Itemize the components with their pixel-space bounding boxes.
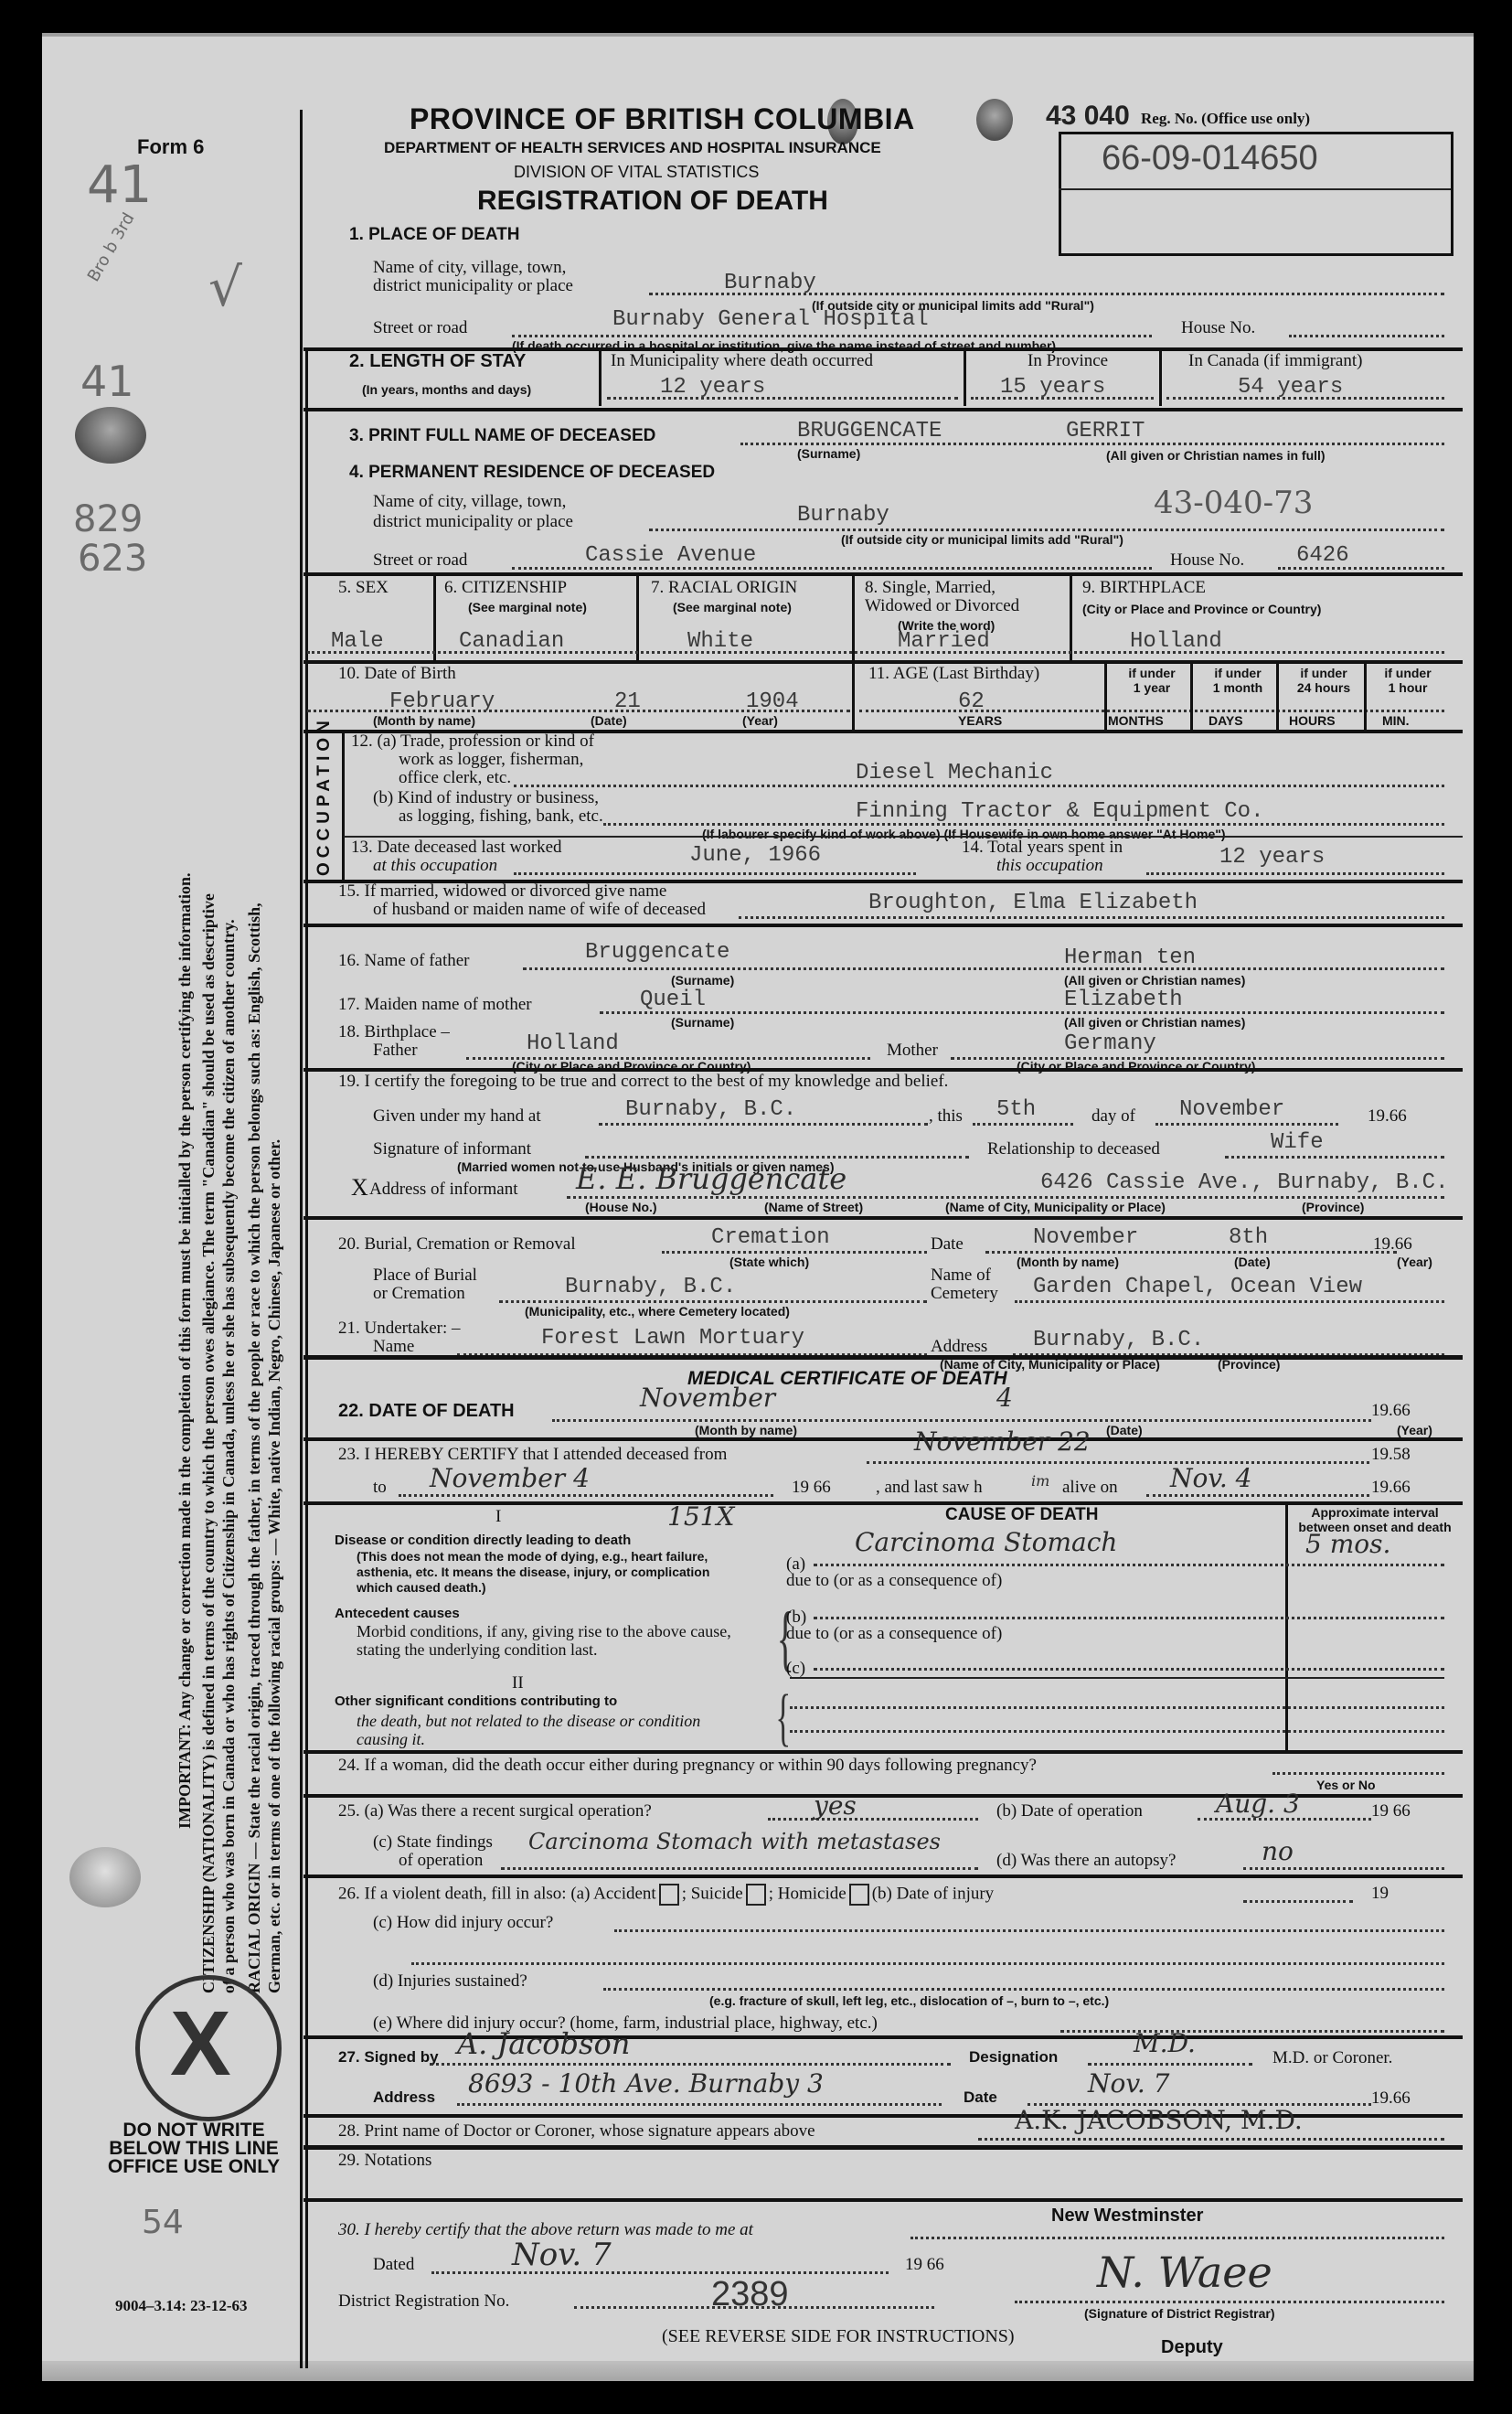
- paper-bottom-edge: [42, 2361, 1474, 2381]
- column-header: In Canada (if immigrant): [1188, 351, 1362, 371]
- field-line: [1146, 872, 1444, 875]
- how-injury-field[interactable]: [614, 1929, 1444, 1932]
- death-city-field[interactable]: Burnaby: [724, 271, 816, 295]
- divider: [433, 574, 436, 662]
- field-line: [431, 2271, 889, 2274]
- disposition-month-field[interactable]: November: [1033, 1225, 1138, 1250]
- print-name-field[interactable]: A.K. JACOBSON, M.D.: [1015, 2105, 1303, 2135]
- signed-by-label: 27. Signed by: [338, 2048, 439, 2067]
- punch-hole-icon: [69, 1847, 141, 1907]
- city-label: Name of city, village, town,: [373, 492, 566, 512]
- other-condition-field-1[interactable]: [790, 1706, 1444, 1709]
- stay-municipality-field[interactable]: 12 years: [660, 375, 765, 400]
- cemetery-label: Name of: [931, 1266, 991, 1286]
- father-given-field[interactable]: Herman ten: [1064, 945, 1196, 970]
- spouse-label: 15. If married, widowed or divorced give…: [338, 881, 666, 902]
- form-left-border: [300, 110, 303, 2368]
- field-note: YEARS: [958, 713, 1002, 728]
- informant-certification: 19. I certify the foregoing to be true a…: [338, 1072, 948, 1092]
- under-1-hour-header: if under1 hour: [1371, 666, 1444, 695]
- field-line: [1088, 2063, 1252, 2066]
- field-note: (Surname): [671, 1015, 734, 1030]
- divider: [303, 1501, 1463, 1505]
- field-note: (Signature of District Registrar): [1084, 2306, 1274, 2321]
- field-line: [1155, 1123, 1338, 1126]
- dod-year-field[interactable]: 19.66: [1371, 1401, 1411, 1421]
- hours-field[interactable]: HOURS: [1289, 713, 1336, 728]
- dob-year-field[interactable]: 1904: [746, 689, 799, 714]
- attended-to-field[interactable]: November 4: [430, 1463, 590, 1493]
- mother-surname-field[interactable]: Queil: [640, 988, 706, 1012]
- alive-on-year-field[interactable]: 19.66: [1371, 1478, 1411, 1498]
- signature-label: Signature of informant: [373, 1139, 531, 1159]
- physician-address-field[interactable]: 8693 - 10th Ave. Burnaby 3: [468, 2068, 824, 2099]
- deputy-stamp: Deputy: [1161, 2337, 1223, 2358]
- informant-address-label: Address of informant: [369, 1180, 518, 1200]
- x-stamp-icon: X: [170, 1992, 231, 2097]
- city-label: district municipality or place: [373, 276, 573, 296]
- injuries-label: (d) Injuries sustained?: [373, 1971, 527, 1992]
- total-years-field[interactable]: 12 years: [1219, 845, 1325, 870]
- x-mark-icon: X: [351, 1174, 368, 1202]
- district-reg-label: District Registration No.: [338, 2291, 509, 2312]
- city-label: Name of city, village, town,: [373, 258, 566, 278]
- cause-b-field[interactable]: [814, 1617, 1444, 1619]
- field-line: [867, 1461, 1369, 1464]
- divider: [303, 2145, 1463, 2150]
- field-line: [600, 1011, 1444, 1014]
- field-note: (All given or Christian names): [1064, 1015, 1245, 1030]
- findings-field[interactable]: Carcinoma Stomach with metastases: [528, 1829, 941, 1854]
- field-line: [1015, 1300, 1444, 1303]
- under-1-year-header: if under1 year: [1115, 666, 1188, 695]
- residence-heading: 4. PERMANENT RESIDENCE OF DECEASED: [349, 463, 715, 483]
- other-condition-field-2[interactable]: [790, 1730, 1444, 1733]
- designation-field[interactable]: M.D.: [1134, 2028, 1196, 2058]
- injuries-field[interactable]: [603, 1988, 1444, 1991]
- relationship-field[interactable]: Wife: [1271, 1130, 1324, 1155]
- mother-given-field[interactable]: Elizabeth: [1064, 988, 1183, 1012]
- racial-origin-label: 7. RACIAL ORIGIN: [651, 578, 797, 598]
- division-name: DIVISION OF VITAL STATISTICS: [514, 163, 759, 182]
- attended-from-year-field[interactable]: 19.58: [1371, 1445, 1411, 1465]
- pencil-checkmark: √: [208, 256, 242, 318]
- reverse-side-note: (SEE REVERSE SIDE FOR INSTRUCTIONS): [662, 2326, 1015, 2347]
- disposition-label: 20. Burial, Cremation or Removal: [338, 1234, 576, 1255]
- field-note: (Month by name): [695, 1423, 797, 1437]
- under-24-hours-header: if under24 hours: [1285, 666, 1362, 695]
- marital-label: Widowed or Divorced: [865, 596, 1019, 616]
- relationship-label: Relationship to deceased: [987, 1139, 1160, 1159]
- dod-day-field[interactable]: 4: [996, 1383, 1013, 1413]
- spouse-name-field[interactable]: Broughton, Elma Elizabeth: [868, 891, 1198, 915]
- cause-a-field[interactable]: Carcinoma Stomach: [855, 1527, 1117, 1557]
- dated-label: Dated: [373, 2255, 414, 2275]
- deceased-given-names-field[interactable]: GERRIT: [1066, 419, 1145, 443]
- undertaker-address-field[interactable]: Burnaby, B.C.: [1033, 1328, 1204, 1352]
- findings-label: (c) State findings: [373, 1832, 493, 1853]
- field-note: (In years, months and days): [362, 382, 531, 397]
- op-date-label: (b) Date of operation: [996, 1801, 1143, 1821]
- field-line: [739, 916, 1444, 919]
- department-name: DEPARTMENT OF HEALTH SERVICES AND HOSPIT…: [384, 139, 881, 157]
- field-line: [985, 1251, 1397, 1254]
- city-label: district municipality or place: [373, 512, 573, 532]
- age-years-field[interactable]: 62: [958, 689, 985, 714]
- field-line: [457, 2103, 942, 2106]
- undertaker-address-label: Address: [931, 1337, 987, 1357]
- given-at-label: Given under my hand at: [373, 1106, 541, 1127]
- field-note: (Province): [1302, 1200, 1364, 1214]
- divider: [1070, 574, 1072, 662]
- field-note: (Surname): [797, 446, 860, 461]
- field-line: [814, 1564, 1444, 1566]
- months-field[interactable]: MONTHS: [1108, 713, 1164, 728]
- field-line: [1015, 2301, 1444, 2303]
- house-label: House No.: [1170, 550, 1244, 571]
- interval-a-field[interactable]: 5 mos.: [1305, 1529, 1390, 1559]
- death-house-field[interactable]: [1289, 335, 1444, 337]
- homicide-checkbox[interactable]: [849, 1884, 869, 1906]
- field-line: [649, 529, 1444, 531]
- surgery-label: 25. (a) Was there a recent surgical oper…: [338, 1801, 652, 1821]
- other-conditions-label: Other significant conditions contributin…: [335, 1693, 617, 1709]
- trade-field[interactable]: Diesel Mechanic: [856, 761, 1053, 785]
- injury-year-field[interactable]: 19: [1371, 1884, 1389, 1904]
- field-note: (House No.): [585, 1200, 657, 1214]
- field-line: [859, 710, 1444, 712]
- field-line: [1243, 1867, 1444, 1870]
- divider: [1159, 349, 1162, 406]
- field-line: [567, 1196, 1444, 1199]
- total-years-label: this occupation: [996, 856, 1103, 876]
- disposition-day-field[interactable]: 8th: [1229, 1225, 1268, 1250]
- dob-day-field[interactable]: 21: [614, 689, 641, 714]
- field-note: (Date): [591, 713, 627, 728]
- sex-label: 5. SEX: [338, 578, 389, 598]
- burial-place-label: Place of Burial: [373, 1266, 477, 1286]
- birthplace-field[interactable]: Holland: [1130, 629, 1222, 654]
- how-injury-field-2[interactable]: [411, 1962, 1444, 1965]
- divider: [303, 1875, 1463, 1878]
- field-note: (All given or Christian names): [1064, 973, 1245, 988]
- industry-label: (b) Kind of industry or business,: [373, 788, 599, 808]
- field-line: [399, 1494, 773, 1497]
- physician-address-label: Address: [373, 2088, 435, 2107]
- dated-field[interactable]: Nov. 7: [512, 2237, 612, 2273]
- divider: [303, 1216, 1463, 1220]
- signed-date-label: Date: [964, 2088, 997, 2107]
- divider: [790, 1677, 1444, 1679]
- spouse-label: of husband or maiden name of wife of dec…: [373, 900, 706, 920]
- print-name-label: 28. Print name of Doctor or Coroner, who…: [338, 2121, 815, 2142]
- physician-signature[interactable]: A. Jacobson: [457, 2026, 630, 2061]
- industry-field[interactable]: Finning Tractor & Equipment Co.: [856, 799, 1263, 824]
- residence-city-field[interactable]: Burnaby: [797, 503, 889, 528]
- mother-birthplace-field[interactable]: Germany: [1064, 1031, 1156, 1056]
- sex-field[interactable]: Male: [331, 629, 384, 654]
- divider: [1276, 662, 1279, 730]
- field-note: (Month by name): [1017, 1255, 1119, 1269]
- md-coroner-label: M.D. or Coroner.: [1272, 2048, 1392, 2068]
- divider: [342, 732, 345, 880]
- racial-origin-field[interactable]: White: [687, 629, 753, 654]
- divider: [599, 349, 602, 406]
- length-of-stay-heading: 2. LENGTH OF STAY: [349, 351, 526, 372]
- due-to-label: due to (or as a consequence of): [786, 1624, 1002, 1644]
- field-note: (Month by name): [373, 713, 475, 728]
- field-note: (Date): [1106, 1423, 1143, 1437]
- return-place-field[interactable]: New Westminster: [1051, 2206, 1203, 2227]
- surgery-field[interactable]: yes: [814, 1790, 857, 1821]
- autopsy-field[interactable]: no: [1262, 1836, 1294, 1866]
- cause-code-handwritten: 151X: [667, 1501, 734, 1532]
- last-worked-label: at this occupation: [373, 856, 497, 876]
- page-title: REGISTRATION OF DEATH: [477, 186, 828, 217]
- divider: [964, 349, 966, 406]
- month-field[interactable]: November: [1179, 1097, 1284, 1122]
- part-ii-label: II: [512, 1673, 524, 1693]
- under-1-month-header: if under1 month: [1201, 666, 1274, 695]
- attended-from-field[interactable]: November 22: [914, 1426, 1091, 1457]
- pencil-note: 41: [87, 155, 152, 215]
- marital-label: 8. Single, Married,: [865, 578, 996, 598]
- age-label: 11. AGE (Last Birthday): [868, 664, 1039, 684]
- mother-birthplace-label: Mother: [887, 1041, 938, 1061]
- other-conditions-note: the death, but not related to the diseas…: [357, 1712, 740, 1748]
- op-date-field[interactable]: Aug. 3: [1216, 1789, 1300, 1819]
- dob-label: 10. Date of Birth: [338, 664, 456, 684]
- accident-checkbox[interactable]: [659, 1884, 679, 1906]
- field-line: [599, 1123, 928, 1126]
- part-i-label: I: [495, 1507, 501, 1527]
- punch-hole-icon: [976, 99, 1013, 141]
- field-line: [552, 1419, 1371, 1422]
- field-note: (All given or Christian names in full): [1106, 448, 1326, 463]
- autopsy-label: (d) Was there an autopsy?: [996, 1851, 1177, 1871]
- antecedent-note: Morbid conditions, if any, giving rise t…: [357, 1622, 740, 1659]
- due-to-label: due to (or as a consequence of): [786, 1571, 1002, 1591]
- direct-cause-label: Disease or condition directly leading to…: [335, 1533, 631, 1548]
- divider: [303, 2198, 1463, 2202]
- divider: [1364, 662, 1367, 730]
- house-label: House No.: [1181, 318, 1255, 338]
- divider: [1190, 662, 1193, 730]
- marginal-note-racial-2: German, etc. or in terms of one of the f…: [265, 1139, 284, 1993]
- field-line: [430, 2063, 951, 2066]
- given-at-field[interactable]: Burnaby, B.C.: [625, 1097, 796, 1122]
- cause-c-field[interactable]: [814, 1668, 1444, 1671]
- him-field[interactable]: im: [1031, 1472, 1049, 1490]
- residence-house-field[interactable]: 6426: [1296, 543, 1349, 568]
- field-note: (Date): [1234, 1255, 1271, 1269]
- burial-place-label: or Cremation: [373, 1284, 465, 1304]
- marginal-note-racial-1: RACIAL ORIGIN — State the racial origin,…: [245, 903, 264, 1993]
- alive-on-label: alive on: [1062, 1478, 1118, 1498]
- marital-status-field[interactable]: Married: [898, 629, 990, 654]
- divider: [636, 574, 639, 662]
- marginal-note-citizenship-1: CITIZENSHIP (NATIONALITY) is defined in …: [199, 893, 218, 1993]
- trade-label: office clerk, etc.: [399, 768, 511, 788]
- field-note: (Year): [1397, 1423, 1432, 1437]
- disposition-date-label: Date: [931, 1234, 964, 1255]
- divider: [303, 408, 1463, 411]
- reg-no-label: Reg. No. (Office use only): [1141, 110, 1310, 128]
- where-injury-field[interactable]: [1060, 2030, 1444, 2033]
- punch-hole-icon: [75, 407, 146, 464]
- days-field[interactable]: DAYS: [1209, 713, 1243, 728]
- field-note: (Municipality, etc., where Cemetery loca…: [525, 1304, 790, 1319]
- this-label: , this: [929, 1106, 963, 1127]
- province-title: PROVINCE OF BRITISH COLUMBIA: [410, 102, 915, 136]
- disposition-year-field[interactable]: 19.66: [1373, 1234, 1412, 1255]
- field-note: (See marginal note): [468, 600, 587, 614]
- marginal-note-important: IMPORTANT: Any change or correction made…: [176, 873, 195, 1829]
- date-of-death-label: 22. DATE OF DEATH: [338, 1401, 515, 1422]
- parent-birthplace-label: 18. Birthplace –: [338, 1022, 450, 1042]
- minutes-field[interactable]: MIN.: [1382, 713, 1410, 728]
- field-note: Yes or No: [1316, 1778, 1376, 1792]
- attendance-label: 23. I HEREBY CERTIFY that I attended dec…: [338, 1445, 727, 1465]
- father-birthplace-label: Father: [373, 1041, 418, 1061]
- field-line: [978, 2138, 1444, 2141]
- year-field[interactable]: 19.66: [1368, 1106, 1407, 1127]
- office-use-notice: DO NOT WRITE BELOW THIS LINE OFFICE USE …: [102, 2121, 285, 2176]
- father-surname-field[interactable]: Bruggencate: [585, 940, 729, 965]
- suicide-checkbox[interactable]: [746, 1884, 766, 1906]
- pregnancy-field[interactable]: [1272, 1772, 1444, 1775]
- pregnancy-label: 24. If a woman, did the death occur eith…: [338, 1756, 1037, 1776]
- citizenship-field[interactable]: Canadian: [459, 629, 564, 654]
- total-years-label: 14. Total years spent in: [962, 838, 1123, 858]
- informant-address-field[interactable]: 6426 Cassie Ave., Burnaby, B.C.: [1040, 1170, 1448, 1195]
- burial-place-field[interactable]: Burnaby, B.C.: [565, 1275, 736, 1299]
- marginal-note-citizenship-2: of a person who was born in Canada or wh…: [219, 919, 239, 1993]
- findings-label: of operation: [399, 1851, 483, 1871]
- undertaker-label: 21. Undertaker: –: [338, 1319, 460, 1339]
- industry-label: as logging, fishing, bank, etc.: [399, 806, 603, 827]
- signed-date-field[interactable]: Nov. 7: [1088, 2068, 1169, 2099]
- place-of-death-heading: 1. PLACE OF DEATH: [349, 225, 520, 245]
- reg-no-divider: [1059, 188, 1451, 190]
- antecedent-label: Antecedent causes: [335, 1606, 460, 1621]
- district-reg-field[interactable]: 2389: [711, 2275, 789, 2314]
- divider: [303, 1750, 1463, 1754]
- divider: [303, 924, 1463, 927]
- full-name-heading: 3. PRINT FULL NAME OF DECEASED: [349, 426, 655, 446]
- field-line: [1225, 1156, 1444, 1159]
- divider: [303, 572, 1463, 576]
- last-worked-label: 13. Date deceased last worked: [351, 838, 562, 858]
- field-line: [514, 872, 916, 875]
- field-note: (If outside city or municipal limits add…: [841, 532, 1123, 547]
- undertaker-label: Name: [373, 1337, 414, 1357]
- street-label: Street or road: [373, 550, 467, 571]
- stay-province-field[interactable]: 15 years: [1000, 375, 1105, 400]
- deceased-surname-field[interactable]: BRUGGENCATE: [797, 419, 942, 443]
- residence-street-field[interactable]: Cassie Avenue: [585, 543, 756, 568]
- informant-signature: E. E. Bruggencate: [576, 1161, 847, 1196]
- op-year-field[interactable]: 19 66: [1371, 1801, 1411, 1821]
- father-birthplace-field[interactable]: Holland: [527, 1031, 619, 1056]
- citizenship-label: 6. CITIZENSHIP: [444, 578, 567, 598]
- cemetery-label: Cemetery: [931, 1284, 998, 1304]
- field-note: (City or Place and Province or Country): [1082, 602, 1321, 616]
- form-number: Form 6: [137, 135, 204, 159]
- stay-canada-field[interactable]: 54 years: [1238, 375, 1343, 400]
- stamp-number: 43 040: [1046, 101, 1130, 132]
- mother-name-label: 17. Maiden name of mother: [338, 995, 532, 1015]
- disposition-field[interactable]: Cremation: [711, 1225, 830, 1250]
- injury-date-field[interactable]: [1243, 1900, 1353, 1903]
- last-worked-field[interactable]: June, 1966: [689, 843, 821, 868]
- field-note: (Name of City, Municipality or Place): [945, 1200, 1166, 1214]
- pencil-note: 829: [73, 498, 143, 540]
- field-line: [1146, 1494, 1369, 1497]
- day-field[interactable]: 5th: [996, 1097, 1036, 1122]
- informant-signature-field[interactable]: [585, 1156, 969, 1159]
- field-note: (e.g. fracture of skull, left leg, etc.,…: [709, 1993, 1109, 2008]
- day-of-label: day of: [1091, 1106, 1135, 1127]
- field-line: [768, 1818, 978, 1821]
- direct-cause-note: (This does not mean the mode of dying, e…: [357, 1549, 740, 1596]
- field-note: (Name of Street): [764, 1200, 863, 1214]
- death-street-field[interactable]: Burnaby General Hospital: [612, 307, 929, 332]
- signed-year-field[interactable]: 19.66: [1371, 2088, 1411, 2109]
- field-line: [501, 1867, 978, 1870]
- undertaker-field[interactable]: Forest Lawn Mortuary: [541, 1326, 804, 1351]
- pencil-note: 623: [78, 538, 147, 580]
- column-header: In Province: [1028, 351, 1108, 371]
- alive-on-field[interactable]: Nov. 4: [1170, 1463, 1251, 1493]
- divider: [1104, 662, 1107, 730]
- field-note: (State which): [729, 1255, 809, 1269]
- designation-label: Designation: [969, 2048, 1058, 2067]
- registrar-signature[interactable]: N. Waee: [1097, 2248, 1272, 2297]
- attended-to-year-field[interactable]: 19 66: [792, 1478, 831, 1498]
- dob-month-field[interactable]: February: [389, 689, 495, 714]
- field-line: [512, 335, 1152, 337]
- divider: [303, 1355, 1463, 1360]
- dated-year-field[interactable]: 19 66: [905, 2255, 944, 2275]
- residence-code-handwritten: 43-040-73: [1154, 485, 1313, 521]
- field-line: [910, 2237, 1444, 2239]
- dod-month-field[interactable]: November: [640, 1383, 775, 1413]
- divider: [303, 1437, 1463, 1441]
- cause-c-label: (c): [786, 1659, 805, 1679]
- to-label: to: [373, 1478, 387, 1498]
- father-name-label: 16. Name of father: [338, 951, 470, 971]
- birthplace-label: 9. BIRTHPLACE: [1082, 578, 1206, 598]
- cause-of-death-heading: CAUSE OF DEATH: [945, 1505, 1098, 1525]
- pencil-note: 41: [80, 357, 134, 406]
- field-line: [662, 1251, 927, 1254]
- reg-no-value: 66-09-014650: [1102, 139, 1318, 178]
- print-code: 9004–3.14: 23-12-63: [115, 2297, 247, 2315]
- field-note: (Year): [1397, 1255, 1432, 1269]
- trade-label: 12. (a) Trade, profession or kind of: [351, 732, 594, 752]
- last-saw-label: , and last saw h: [876, 1478, 983, 1498]
- cemetery-field[interactable]: Garden Chapel, Ocean View: [1033, 1275, 1362, 1299]
- notations-label: 29. Notations: [338, 2151, 431, 2171]
- divider: [1285, 1503, 1288, 1752]
- field-line: [499, 1300, 927, 1303]
- pencil-note: 54: [142, 2204, 184, 2241]
- brace-icon: {: [775, 1686, 791, 1750]
- how-injury-label: (c) How did injury occur?: [373, 1913, 553, 1933]
- occupation-side-label: OCCUPATION: [314, 716, 335, 876]
- field-note: (See marginal note): [673, 600, 792, 614]
